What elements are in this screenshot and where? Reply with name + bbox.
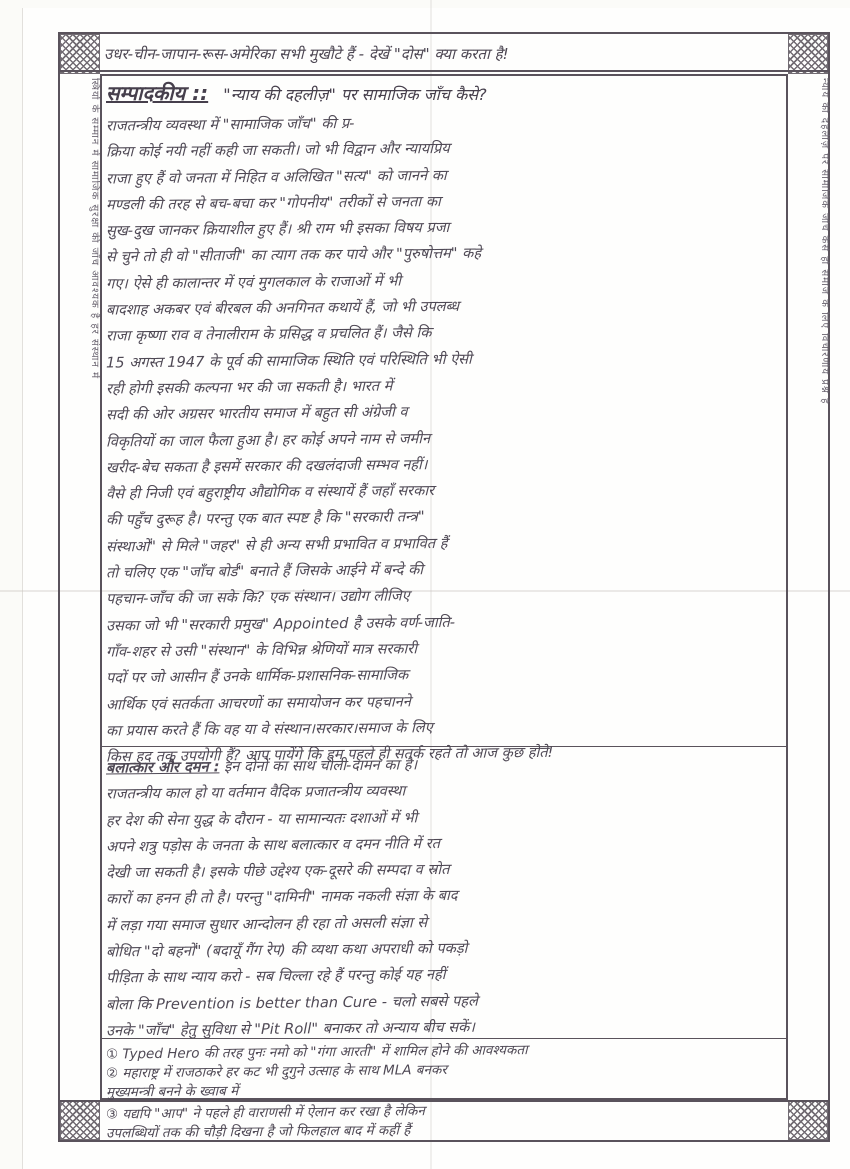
header-divider bbox=[58, 70, 830, 72]
corner-hatch-ornament bbox=[60, 1100, 100, 1140]
editorial-heading: सम्पादकीय :: bbox=[106, 81, 208, 105]
right-margin-text: न्याय की दहलीज़ पर सामाजिक जाँच कैसे हो … bbox=[792, 78, 830, 1096]
corner-hatch-ornament bbox=[60, 34, 100, 74]
section2-body: राजतन्त्रीय काल हो या वर्तमान वैदिक प्रज… bbox=[106, 778, 782, 1041]
footer-note: ③ यद्यपि "आप" ने पहले ही वाराणसी में ऐला… bbox=[106, 1102, 782, 1140]
section-rape-and-oppression: बलात्कार और दमन : इन दोनों का साथ चोली-द… bbox=[106, 752, 782, 1041]
corner-hatch-ornament bbox=[788, 1100, 828, 1140]
editorial-title-row: सम्पादकीय :: "न्याय की दहलीज़" पर सामाजि… bbox=[106, 80, 782, 110]
text-line: इन दोनों का साथ चोली-दामन का है। bbox=[224, 756, 417, 775]
header-line: उधर-चीन-जापान-रूस-अमेरिका सभी मुखौटे हैं… bbox=[104, 40, 774, 68]
section2-heading: बलात्कार और दमन : bbox=[106, 758, 219, 776]
left-margin-text: स्त्रियों के सम्मान में सामाजिक सुरक्षा … bbox=[62, 78, 100, 1096]
numbered-notes: ① Typed Hero की तरह पुनः नमो को "गंगा आर… bbox=[106, 1042, 782, 1099]
editorial-title: "न्याय की दहलीज़" पर सामाजिक जाँच कैसे? bbox=[223, 85, 486, 104]
editorial-section: सम्पादकीय :: "न्याय की दहलीज़" पर सामाजि… bbox=[106, 80, 782, 767]
editorial-body: राजतन्त्रीय व्यवस्था में "सामाजिक जाँच" … bbox=[106, 110, 782, 767]
corner-hatch-ornament bbox=[788, 34, 828, 74]
